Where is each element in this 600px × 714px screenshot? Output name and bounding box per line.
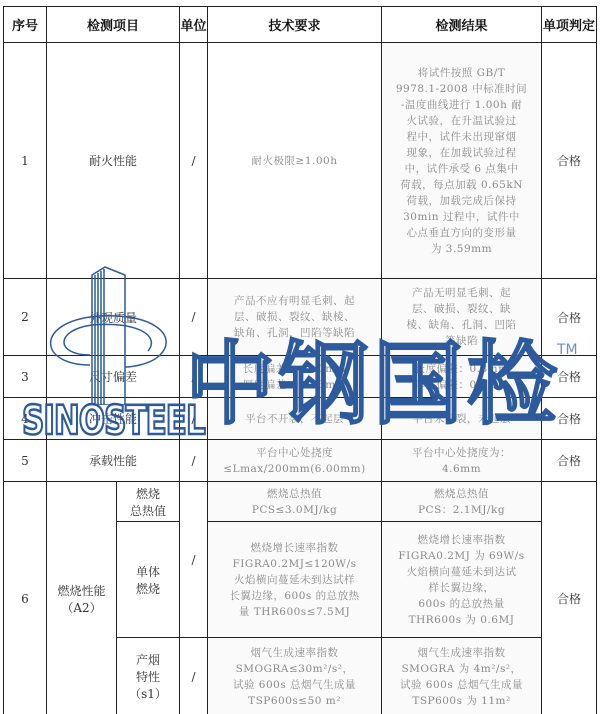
row-requirement: 耐火极限≥1.00h [208,43,382,279]
subitem-name: 燃烧 总热值 [117,482,180,522]
header-judgment: 单项判定 [542,7,597,43]
row-unit: / [180,398,208,440]
table-row: 1 耐火性能 / 耐火极限≥1.00h 将试件按照 GB/T 9978.1-20… [4,43,597,279]
subitem-name: 单体 燃烧 [117,522,180,638]
row-unit: / [180,279,208,356]
row-requirement: 燃烧总热值 PCS≤3.0MJ/kg [208,482,382,522]
row-requirement: 燃烧增长速率指数 FIGRA0.2MJ≤120W/s 火焰横向蔓延未到达试样 长… [208,522,382,638]
table-row: 5 承载性能 / 平台中心处挠度 ≤Lmax/200mm(6.00mm) 平台中… [4,440,597,482]
table-row: 6 燃烧性能 （A2） 燃烧 总热值 / 燃烧总热值 PCS≤3.0MJ/kg … [4,482,597,522]
row-result: 燃烧增长速率指数 FIGRA0.2MJ 为 69W/s 火焰横向蔓延未到达试 样… [382,522,542,638]
header-requirement: 技术要求 [208,7,382,43]
row-requirement: 烟气生成速率指数 SMOGRA≤30m²/s²， 试验 600s 总烟气生成量 … [208,638,382,714]
row-item: 冲击性能 [47,398,180,440]
row-no: 2 [4,279,47,356]
row-item: 燃烧性能 （A2） [47,482,117,714]
row-judgment: 合格 [542,482,597,714]
row-judgment: 合格 [542,440,597,482]
row-no: 6 [4,482,47,714]
header-result: 检测结果 [382,7,542,43]
row-judgment: 合格 [542,279,597,356]
row-item: 外观质量 [47,279,180,356]
row-no: 1 [4,43,47,279]
row-requirement: 长度偏差：±2.0mm 厚度偏差：±0.3mm [208,356,382,398]
row-unit: / [180,482,208,638]
table-row: 4 冲击性能 / 平台不开裂，不起层 平台未开裂，未起层 合格 [4,398,597,440]
row-unit: / [180,440,208,482]
row-unit: / [180,43,208,279]
header-unit: 单位 [180,7,208,43]
row-no: 3 [4,356,47,398]
table-row: 2 外观质量 / 产品不应有明显毛刺、起 层、破损、裂纹、缺棱、 缺角、孔洞、凹… [4,279,597,356]
row-unit: / [180,638,208,714]
row-unit: / [180,356,208,398]
row-item: 承载性能 [47,440,180,482]
row-requirement: 产品不应有明显毛刺、起 层、破损、裂纹、缺棱、 缺角、孔洞、凹陷等缺陷 [208,279,382,356]
row-result: 长度偏差：0.8mm 厚度偏差：0.1mm [382,356,542,398]
row-result: 燃烧总热值 PCS：2.1MJ/kg [382,482,542,522]
row-no: 4 [4,398,47,440]
table-header-row: 序号 检测项目 单位 技术要求 检测结果 单项判定 [4,7,597,43]
row-result: 平台未开裂，未起层 [382,398,542,440]
row-result: 产品无明显毛刺、起 层、破损、裂纹、缺 棱、缺角、孔洞、凹陷 等缺陷 [382,279,542,356]
row-requirement: 平台不开裂，不起层 [208,398,382,440]
row-result: 烟气生成速率指数 SMOGRA 为 4m²/s²， 试验 600s 总烟气生成量… [382,638,542,714]
row-judgment: 合格 [542,398,597,440]
row-item: 耐火性能 [47,43,180,279]
row-item: 尺寸偏差 [47,356,180,398]
row-judgment: 合格 [542,43,597,279]
row-judgment: 合格 [542,356,597,398]
header-item: 检测项目 [47,7,180,43]
row-requirement: 平台中心处挠度 ≤Lmax/200mm(6.00mm) [208,440,382,482]
row-no: 5 [4,440,47,482]
inspection-results-table: 序号 检测项目 单位 技术要求 检测结果 单项判定 1 耐火性能 / 耐火极限≥… [3,6,597,714]
row-result: 平台中心处挠度为： 4.6mm [382,440,542,482]
header-no: 序号 [4,7,47,43]
subitem-name: 产烟 特性 （s1） [117,638,180,714]
table-row: 3 尺寸偏差 / 长度偏差：±2.0mm 厚度偏差：±0.3mm 长度偏差：0.… [4,356,597,398]
row-result: 将试件按照 GB/T 9978.1-2008 中标准时间 -温度曲线进行 1.0… [382,43,542,279]
